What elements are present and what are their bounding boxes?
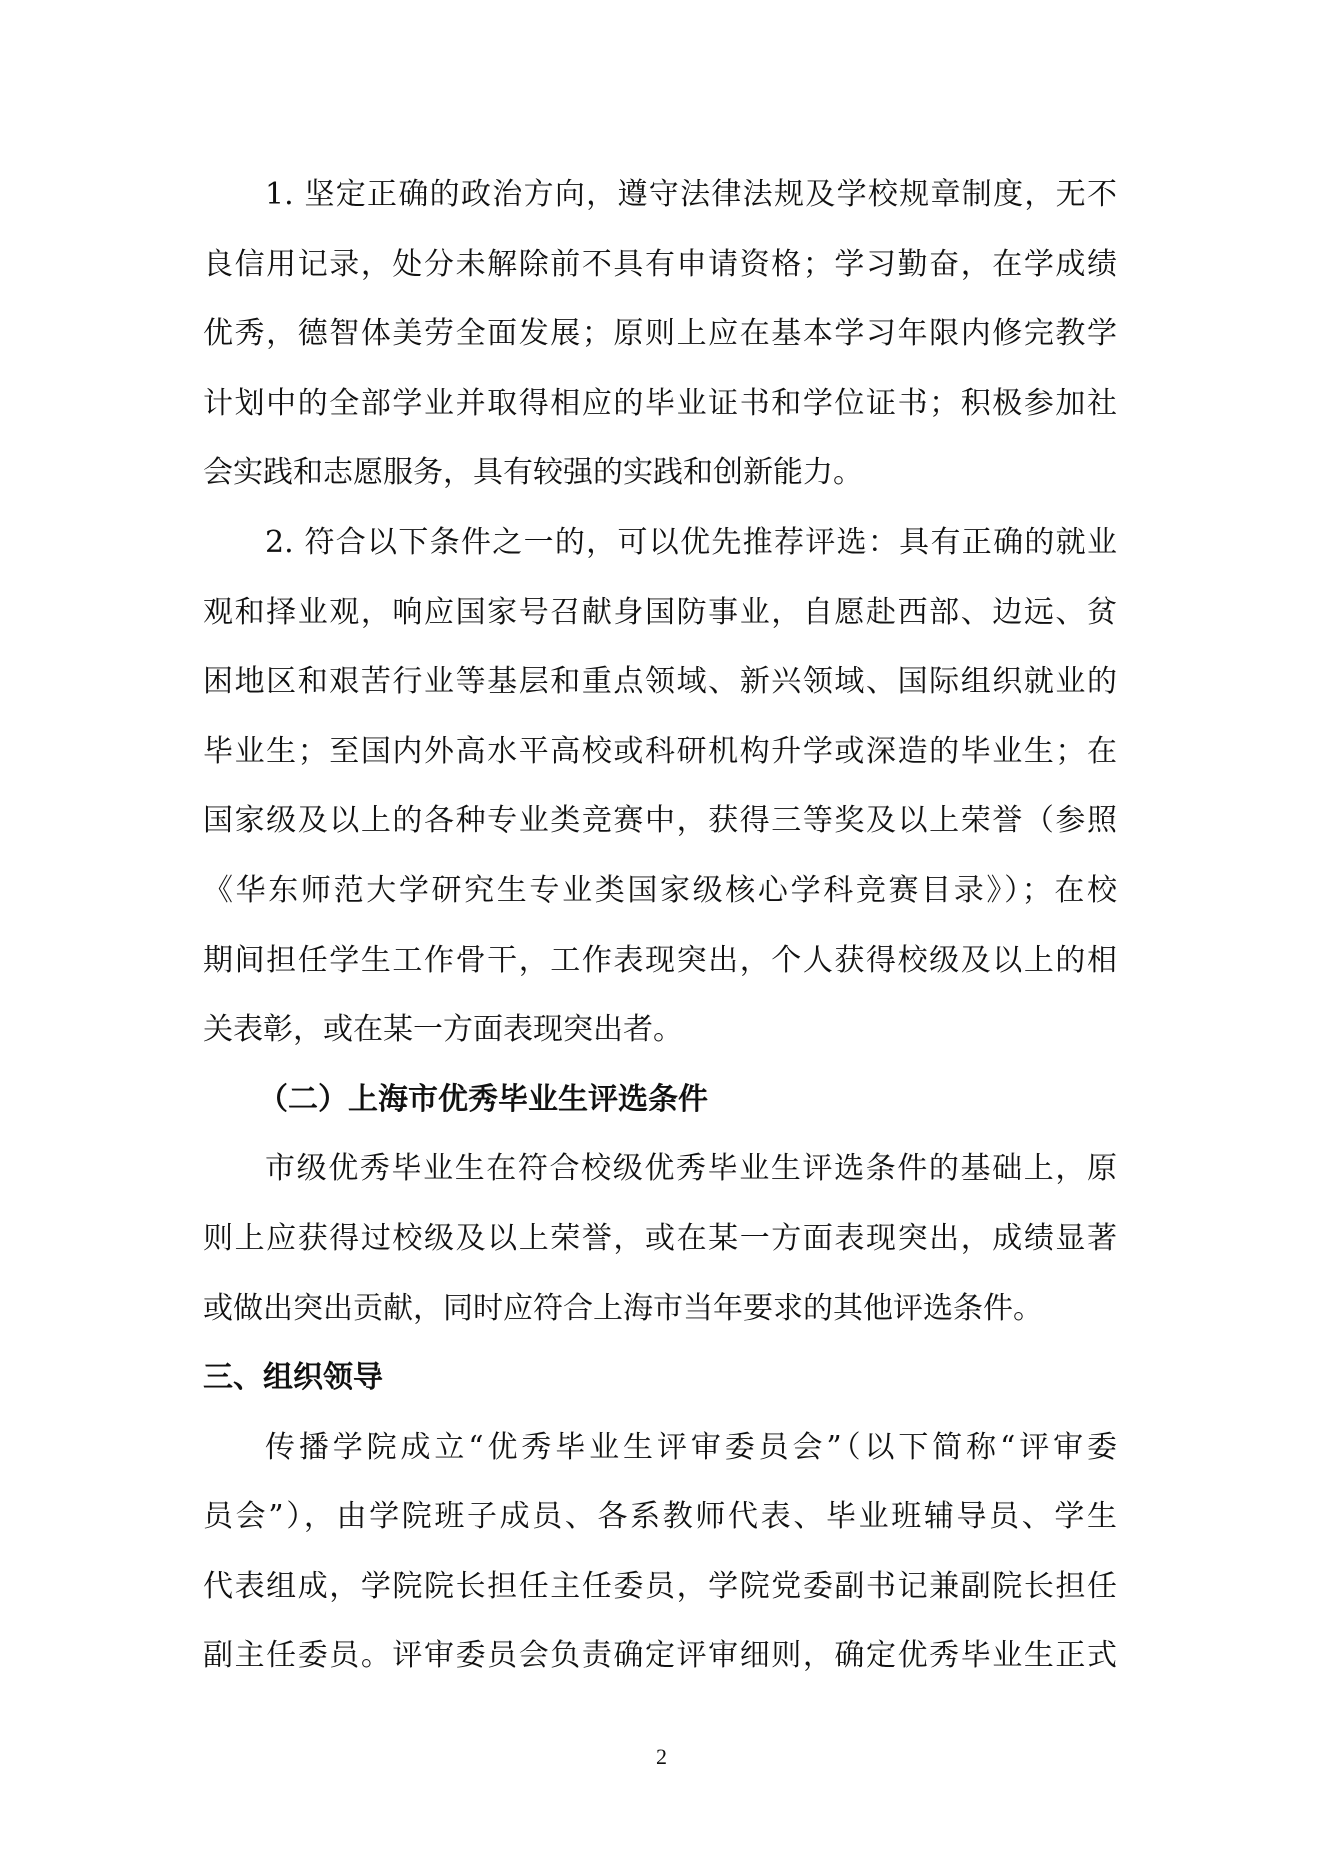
text-line: 或做出突出贡献，同时应符合上海市当年要求的其他评选条件。 bbox=[203, 1286, 1117, 1356]
text-line: 困地区和艰苦行业等基层和重点领域、新兴领域、国际组织就业的 bbox=[203, 659, 1117, 729]
text-line: 良信用记录，处分未解除前不具有申请资格；学习勤奋，在学成绩 bbox=[203, 242, 1117, 312]
text-line: 计划中的全部学业并取得相应的毕业证书和学位证书；积极参加社 bbox=[203, 381, 1117, 451]
text-line: 员会”），由学院班子成员、各系教师代表、毕业班辅导员、学生 bbox=[203, 1494, 1117, 1564]
page-number: 2 bbox=[0, 1744, 1323, 1770]
text-line: 国家级及以上的各种专业类竞赛中，获得三等奖及以上荣誉（参照 bbox=[203, 798, 1117, 868]
text-line: 代表组成，学院院长担任主任委员，学院党委副书记兼副院长担任 bbox=[203, 1564, 1117, 1634]
paragraph-shanghai-criteria: 市级优秀毕业生在符合校级优秀毕业生评选条件的基础上，原 则上应获得过校级及以上荣… bbox=[203, 1146, 1117, 1355]
text-line: 关表彰，或在某一方面表现突出者。 bbox=[203, 1007, 1117, 1077]
section-subheading: （二）上海市优秀毕业生评选条件 bbox=[203, 1077, 1117, 1147]
text-line: 会实践和志愿服务，具有较强的实践和创新能力。 bbox=[203, 450, 1117, 520]
text-line: 优秀，德智体美劳全面发展；原则上应在基本学习年限内修完教学 bbox=[203, 311, 1117, 381]
text-line: 《华东师范大学研究生专业类国家级核心学科竞赛目录》）；在校 bbox=[203, 868, 1117, 938]
document-page: 1. 坚定正确的政治方向，遵守法律法规及学校规章制度，无不 良信用记录，处分未解… bbox=[203, 172, 1117, 1703]
text-line: 副主任委员。评审委员会负责确定评审细则，确定优秀毕业生正式 bbox=[203, 1633, 1117, 1703]
text-line: 传播学院成立“优秀毕业生评审委员会”（以下简称“评审委 bbox=[203, 1425, 1117, 1495]
text-line: 则上应获得过校级及以上荣誉，或在某一方面表现突出，成绩显著 bbox=[203, 1216, 1117, 1286]
text-line: 毕业生；至国内外高水平高校或科研机构升学或深造的毕业生；在 bbox=[203, 729, 1117, 799]
text-line: 观和择业观，响应国家号召献身国防事业，自愿赴西部、边远、贫 bbox=[203, 590, 1117, 660]
section-heading: 三、组织领导 bbox=[203, 1355, 1117, 1425]
paragraph-criteria-1: 1. 坚定正确的政治方向，遵守法律法规及学校规章制度，无不 良信用记录，处分未解… bbox=[203, 172, 1117, 520]
paragraph-organization: 传播学院成立“优秀毕业生评审委员会”（以下简称“评审委 员会”），由学院班子成员… bbox=[203, 1425, 1117, 1703]
text-line: 1. 坚定正确的政治方向，遵守法律法规及学校规章制度，无不 bbox=[203, 172, 1117, 242]
paragraph-criteria-2: 2. 符合以下条件之一的，可以优先推荐评选：具有正确的就业 观和择业观，响应国家… bbox=[203, 520, 1117, 1077]
text-line: 期间担任学生工作骨干，工作表现突出，个人获得校级及以上的相 bbox=[203, 938, 1117, 1008]
text-line: 2. 符合以下条件之一的，可以优先推荐评选：具有正确的就业 bbox=[203, 520, 1117, 590]
text-line: 市级优秀毕业生在符合校级优秀毕业生评选条件的基础上，原 bbox=[203, 1146, 1117, 1216]
